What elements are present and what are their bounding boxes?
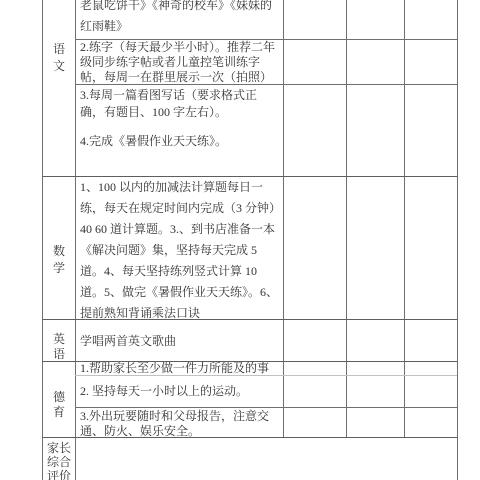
subject-label-moral: 德育 bbox=[43, 362, 75, 437]
check-cell bbox=[284, 362, 346, 375]
check-cell bbox=[405, 177, 457, 319]
check-cell bbox=[405, 408, 457, 437]
subject-label-chinese: 语文 bbox=[43, 0, 75, 176]
parent-evaluation-area bbox=[76, 438, 457, 480]
check-cell bbox=[284, 85, 346, 176]
check-cell bbox=[405, 40, 457, 84]
math-task-list: 1、100 以内的加减法计算题每日一练，每天在规定时间内完成（3 分钟）40 6… bbox=[76, 177, 283, 319]
chinese-task-writing-and-workbook: 3.每周一篇看图写话（要求格式正确，有题目、100 字左右）。 4.完成《暑假作… bbox=[76, 85, 283, 176]
english-task: 学唱两首英文歌曲 bbox=[76, 320, 283, 361]
check-cell bbox=[405, 362, 457, 375]
check-cell bbox=[284, 408, 346, 437]
subject-label-math: 数学 bbox=[43, 177, 75, 319]
moral-task-3: 3.外出玩要随时和父母报告，注意交通、防火、娱乐安全。 bbox=[76, 408, 283, 437]
homework-schedule-document: 语文 数学 英语 德育 家长综合评价 老鼠吃饼干》《神奇的校车》《妹妹的红雨鞋》… bbox=[0, 0, 480, 480]
check-cell bbox=[347, 408, 404, 437]
check-cell bbox=[347, 0, 404, 39]
chinese-task-reading-list-continued: 老鼠吃饼干》《神奇的校车》《妹妹的红雨鞋》 bbox=[76, 0, 283, 39]
chinese-task-handwriting: 2.练字（每天最少半小时）。推荐二年级同步练字帖或者儿童控笔训练字帖，每周一在群… bbox=[76, 40, 283, 84]
check-cell bbox=[405, 376, 457, 407]
check-cell bbox=[284, 376, 346, 407]
check-cell bbox=[405, 320, 457, 361]
check-cell bbox=[347, 320, 404, 361]
table-border-right bbox=[457, 0, 458, 480]
check-cell bbox=[405, 85, 457, 176]
check-cell bbox=[284, 177, 346, 319]
check-cell bbox=[347, 85, 404, 176]
check-cell bbox=[347, 376, 404, 407]
check-cell bbox=[347, 40, 404, 84]
subject-label-english: 英语 bbox=[43, 320, 75, 361]
check-cell bbox=[284, 320, 346, 361]
check-cell bbox=[405, 0, 457, 39]
check-cell bbox=[284, 0, 346, 39]
check-cell bbox=[347, 177, 404, 319]
check-cell bbox=[347, 362, 404, 375]
moral-task-2: 2. 坚持每天一小时以上的运动。 bbox=[76, 376, 283, 407]
moral-task-1: 1.帮助家长至少做一件力所能及的事情。 bbox=[76, 362, 283, 375]
check-cell bbox=[284, 40, 346, 84]
subject-label-parent-evaluation: 家长综合评价 bbox=[43, 438, 75, 480]
